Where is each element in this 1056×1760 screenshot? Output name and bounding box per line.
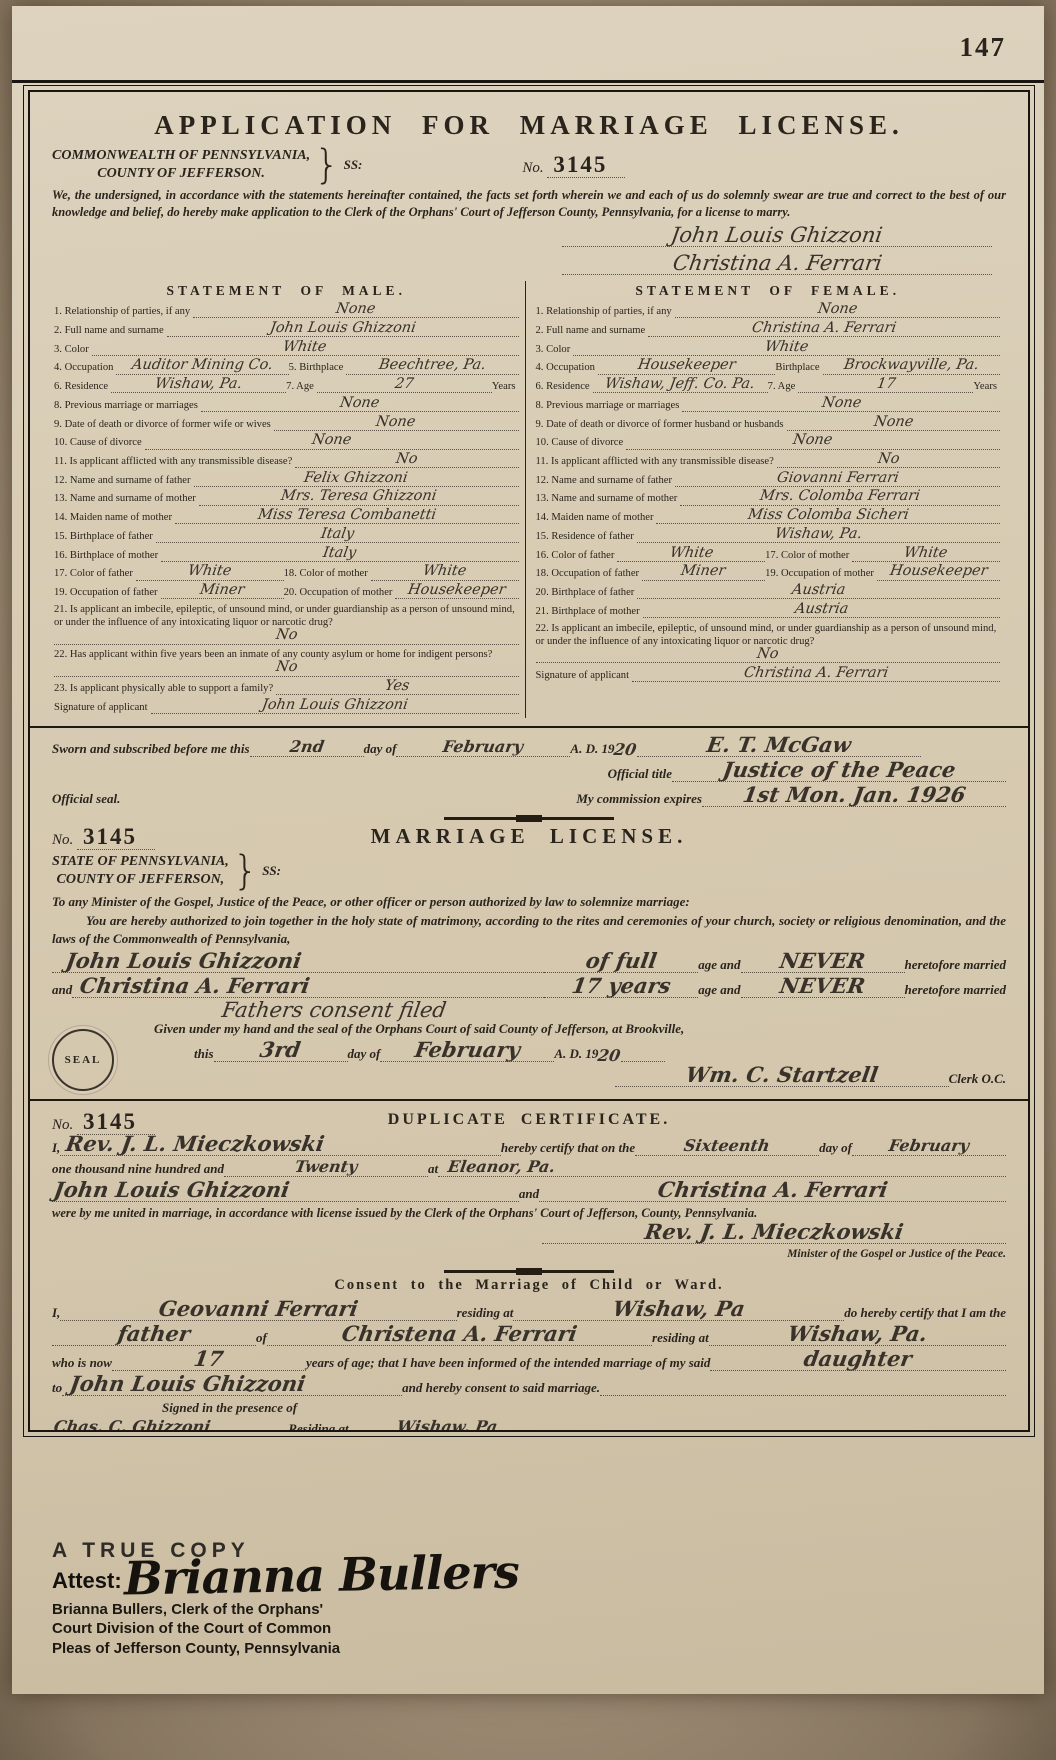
handwritten-value: Wishaw, Pa. xyxy=(154,378,243,390)
statement-row: 17. Color of fatherWhite18. Color of mot… xyxy=(54,565,519,580)
statement-row: 1. Relationship of parties, if anyNone xyxy=(54,303,519,318)
statement-row: 12. Name and surname of fatherFelix Ghiz… xyxy=(54,472,519,487)
license-addressee: To any Minister of the Gospel, Justice o… xyxy=(52,893,1006,911)
field-label: 17. Color of mother xyxy=(765,549,852,562)
marriage-day: Sixteenth xyxy=(683,1139,771,1153)
handwritten-value: Christina A. Ferrari xyxy=(743,667,889,679)
field-value: Auditor Mining Co. xyxy=(116,359,288,374)
at-label: at xyxy=(428,1161,438,1177)
field-value: 27 xyxy=(317,378,492,393)
field-label: 5. Birthplace xyxy=(289,361,347,374)
field-value: White xyxy=(573,341,1000,356)
officer-signature: E. T. McGaw xyxy=(705,736,852,754)
field-label: 3. Color xyxy=(54,343,92,356)
field-label: 18. Color of mother xyxy=(284,567,371,580)
consenter-name: Geovanni Ferrari xyxy=(158,1300,360,1318)
handwritten-value: No xyxy=(756,648,779,660)
field-value: 17 xyxy=(798,378,973,393)
bride-name: Christina A. Ferrari xyxy=(79,977,311,995)
statement-of-female: STATEMENT OF FEMALE. 1. Relationship of … xyxy=(525,281,1007,717)
county-line2: COUNTY OF JEFFERSON, xyxy=(52,871,229,889)
field-value: Austria xyxy=(637,584,1000,599)
field-value: Wishaw, Jeff. Co. Pa. xyxy=(593,378,768,393)
c1-consent: and hereby consent to said marriage. xyxy=(402,1380,600,1396)
top-rule xyxy=(12,80,1044,83)
field-label: Birthplace xyxy=(775,361,822,374)
license-number: 3145 xyxy=(547,152,625,178)
statement-row: 3. ColorWhite xyxy=(54,341,519,356)
field-value: No xyxy=(777,453,1000,468)
document-page: 147 APPLICATION FOR MARRIAGE LICENSE. CO… xyxy=(12,6,1044,1694)
license-no-block: No. 3145 xyxy=(52,824,155,850)
clerk-info-line2: Court Division of the Court of Common xyxy=(52,1619,518,1639)
c1-years: years of age; that I have been informed … xyxy=(306,1355,710,1371)
handwritten-value: Mrs. Colomba Ferrari xyxy=(759,490,921,502)
field-value: White xyxy=(852,547,1000,562)
statement-row: 11. Is applicant afflicted with any tran… xyxy=(54,453,519,468)
field-label: 2. Full name and surname xyxy=(54,324,167,337)
consent1-heading: Consent to the Marriage of Child or Ward… xyxy=(52,1277,1006,1294)
license-day: 3rd xyxy=(259,1041,302,1059)
groom-prev: NEVER xyxy=(779,952,867,970)
handwritten-value: White xyxy=(903,547,948,559)
license-month: February xyxy=(413,1041,521,1059)
attest-label: Attest: xyxy=(52,1568,122,1594)
official-seal-label: Official seal. xyxy=(52,791,120,807)
license-number-block: No. 3145 xyxy=(522,152,625,178)
handwritten-value: 27 xyxy=(394,378,414,390)
statement-row: 22. Is applicant an imbecile, epileptic,… xyxy=(536,622,1001,664)
bride-age: 17 years xyxy=(571,977,672,995)
duplicate-heading: DUPLICATE CERTIFICATE. xyxy=(52,1111,1006,1129)
ad-label: A. D. 19 xyxy=(570,741,614,757)
dup-bride: Christina A. Ferrari xyxy=(656,1181,888,1199)
field-label: 16. Birthplace of mother xyxy=(54,549,161,562)
field-value: None xyxy=(193,303,518,318)
field-value: Italy xyxy=(161,547,518,562)
marriage-month: February xyxy=(888,1139,970,1153)
photo-backdrop: 147 APPLICATION FOR MARRIAGE LICENSE. CO… xyxy=(0,0,1056,1760)
field-label: 15. Birthplace of father xyxy=(54,530,156,543)
field-value: Miner xyxy=(161,584,284,599)
field-value: John Louis Ghizzoni xyxy=(151,699,519,714)
statement-row: Signature of applicantChristina A. Ferra… xyxy=(536,667,1001,682)
statement-row: 21. Is applicant an imbecile, epileptic,… xyxy=(54,603,519,645)
handwritten-value: Austria xyxy=(791,584,846,596)
dup-line2: one thousand nine hundred and Twenty at … xyxy=(52,1160,1006,1177)
statement-row: 10. Cause of divorceNone xyxy=(54,434,519,449)
field-value: Giovanni Ferrari xyxy=(675,472,1000,487)
handwritten-value: None xyxy=(339,397,380,409)
brace-glyph: } xyxy=(314,149,339,181)
field-label: 1. Relationship of parties, if any xyxy=(54,305,193,318)
marriage-year: Twenty xyxy=(294,1160,359,1174)
statement-row: 8. Previous marriage or marriagesNone xyxy=(536,397,1001,412)
handwritten-value: Mrs. Teresa Ghizzoni xyxy=(280,490,437,502)
field-value: Housekeeper xyxy=(877,565,1000,580)
field-label: 10. Cause of divorce xyxy=(536,436,627,449)
and-label: and xyxy=(52,982,72,998)
field-value: White xyxy=(92,341,519,356)
c1-groom: John Louis Ghizzoni xyxy=(69,1375,307,1393)
handwritten-value: Housekeeper xyxy=(637,359,736,371)
handwritten-value: None xyxy=(821,397,862,409)
field-value: No xyxy=(54,629,519,644)
handwritten-value: Italy xyxy=(322,547,357,559)
field-label: 8. Previous marriage or marriages xyxy=(536,399,683,412)
heretofore-label2: heretofore married xyxy=(905,982,1006,998)
handwritten-value: Felix Ghizzoni xyxy=(303,472,408,484)
field-label: 11. Is applicant afflicted with any tran… xyxy=(54,455,295,468)
certify-label: hereby certify that on the xyxy=(501,1140,635,1156)
field-label: 3. Color xyxy=(536,343,574,356)
female-heading: STATEMENT OF FEMALE. xyxy=(536,283,1001,299)
signed-presence-label: Signed in the presence of xyxy=(162,1400,546,1416)
dayof-label3: day of xyxy=(819,1140,852,1156)
jurisdiction-row: COMMONWEALTH OF PENNSYLVANIA, COUNTY OF … xyxy=(52,147,1006,183)
groom-name: John Louis Ghizzoni xyxy=(65,952,303,970)
statements-columns: STATEMENT OF MALE. 1. Relationship of pa… xyxy=(52,281,1006,717)
handwritten-value: Austria xyxy=(794,603,849,615)
age-and-label: age and xyxy=(698,957,740,973)
handwritten-value: Christina A. Ferrari xyxy=(751,322,897,334)
female-signature: Christina A. Ferrari xyxy=(671,255,883,273)
handwritten-value: Housekeeper xyxy=(889,565,988,577)
fathers-consent-note: Fathers consent filed xyxy=(221,1002,448,1020)
license-date-row: this 3rd day of February A. D. 1920 xyxy=(154,1041,1006,1062)
handwritten-value: Giovanni Ferrari xyxy=(776,472,900,484)
section-rule2 xyxy=(30,1099,1028,1101)
handwritten-value: John Louis Ghizzoni xyxy=(269,322,417,334)
field-label: 9. Date of death or divorce of former hu… xyxy=(536,418,787,431)
field-label: 7. Age xyxy=(286,380,317,393)
handwritten-value: No xyxy=(275,629,298,641)
field-value: Housekeeper xyxy=(395,584,518,599)
field-value: Yes xyxy=(276,680,518,695)
field-value: Wishaw, Pa. xyxy=(111,378,286,393)
handwritten-value: Wishaw, Pa. xyxy=(774,528,863,540)
sworn-year: 20 xyxy=(613,743,637,757)
dup-line3: John Louis Ghizzoni and Christina A. Fer… xyxy=(52,1181,1006,1202)
field-value: Austria xyxy=(643,603,1000,618)
field-value: Mrs. Colomba Ferrari xyxy=(680,490,1000,505)
field-value: White xyxy=(617,547,765,562)
statement-row: 12. Name and surname of fatherGiovanni F… xyxy=(536,472,1001,487)
clerk-info-block: Brianna Bullers, Clerk of the Orphans' C… xyxy=(52,1600,518,1659)
county-line: COUNTY OF JEFFERSON. xyxy=(52,165,310,183)
handwritten-value: No xyxy=(395,453,418,465)
field-label: 17. Color of father xyxy=(54,567,136,580)
handwritten-value: White xyxy=(764,341,809,353)
minister-name: Rev. J. L. Mieczkowski xyxy=(65,1135,326,1153)
minister-sig-row: Rev. J. L. Mieczkowski xyxy=(52,1223,1006,1244)
witness1-row: Chas. C. Ghizzoni Residing at Wishaw, Pa xyxy=(52,1420,546,1432)
statement-row: Signature of applicantJohn Louis Ghizzon… xyxy=(54,699,519,714)
witness1-name: Chas. C. Ghizzoni xyxy=(53,1420,212,1432)
field-value: None xyxy=(201,397,519,412)
statement-row: 18. Occupation of fatherMiner19. Occupat… xyxy=(536,565,1001,580)
handwritten-value: No xyxy=(877,453,900,465)
age-and-label2: age and xyxy=(698,982,740,998)
statement-row: 1. Relationship of parties, if anyNone xyxy=(536,303,1001,318)
seal-text: SEAL xyxy=(65,1054,102,1066)
bride-row: and Christina A. Ferrari 17 years age an… xyxy=(52,977,1006,998)
handwritten-value: Italy xyxy=(320,528,355,540)
field-value: Brockwayville, Pa. xyxy=(823,359,1000,374)
jurisdiction-block: COMMONWEALTH OF PENNSYLVANIA, COUNTY OF … xyxy=(52,147,310,183)
field-label: 7. Age xyxy=(768,380,799,393)
heretofore-label: heretofore married xyxy=(905,957,1006,973)
section-rule xyxy=(30,726,1028,728)
ss-label2: SS: xyxy=(262,863,281,879)
clerk-row: Wm. C. Startzell Clerk O.C. xyxy=(154,1066,1006,1087)
field-label: Signature of applicant xyxy=(536,669,633,682)
commission-row: Official seal. My commission expires 1st… xyxy=(52,786,1006,807)
field-label: Signature of applicant xyxy=(54,701,151,714)
statement-row: 2. Full name and surnameChristina A. Fer… xyxy=(536,322,1001,337)
field-value: White xyxy=(371,565,519,580)
field-label: 22. Is applicant an imbecile, epileptic,… xyxy=(536,622,1001,648)
field-value: Miss Teresa Combanetti xyxy=(175,509,519,524)
lic-no: 3145 xyxy=(77,824,155,850)
child-residence: Wishaw, Pa. xyxy=(786,1325,928,1343)
license-year: 20 xyxy=(597,1049,621,1063)
statement-row: 14. Maiden name of motherMiss Teresa Com… xyxy=(54,509,519,524)
commission-label: My commission expires xyxy=(576,791,702,807)
statement-row: 19. Occupation of fatherMiner20. Occupat… xyxy=(54,584,519,599)
commission-value: 1st Mon. Jan. 1926 xyxy=(741,786,966,804)
official-title-label: Official title xyxy=(608,766,672,782)
thousand-label: one thousand nine hundred and xyxy=(52,1161,224,1177)
field-value: Miss Colomba Sicheri xyxy=(656,509,1000,524)
official-title-value: Justice of the Peace xyxy=(721,761,956,779)
field-label: 8. Previous marriage or marriages xyxy=(54,399,201,412)
statement-row: 2. Full name and surnameJohn Louis Ghizz… xyxy=(54,322,519,337)
ornament-rule2 xyxy=(444,1270,614,1273)
statement-row: 23. Is applicant physically able to supp… xyxy=(54,680,519,695)
field-value: Mrs. Teresa Ghizzoni xyxy=(199,490,519,505)
statement-row: 16. Birthplace of motherItaly xyxy=(54,547,519,562)
field-value: John Louis Ghizzoni xyxy=(167,322,519,337)
c1-to: to xyxy=(52,1380,62,1396)
statement-row: 22. Has applicant within five years been… xyxy=(54,648,519,676)
field-label: 19. Occupation of mother xyxy=(765,567,877,580)
i-label: I, xyxy=(52,1140,60,1156)
lic-no-label: No. xyxy=(52,832,73,848)
field-value: Felix Ghizzoni xyxy=(194,472,519,487)
field-value: No xyxy=(536,648,1001,663)
c1-certify: do hereby certify that I am the xyxy=(844,1305,1006,1321)
witness-right: Geovanni Ferrari xyxy=(546,1400,1006,1432)
handwritten-value: None xyxy=(311,434,352,446)
ad-label2: A. D. 19 xyxy=(554,1046,598,1062)
state-line: STATE OF PENNSYLVANIA, xyxy=(52,853,229,871)
field-value: None xyxy=(787,416,1001,431)
statement-row: 15. Residence of fatherWishaw, Pa. xyxy=(536,528,1001,543)
c1-line3: who is now 17 years of age; that I have … xyxy=(52,1350,1006,1371)
brace-glyph2: } xyxy=(233,855,258,887)
statement-row: 21. Birthplace of motherAustria xyxy=(536,603,1001,618)
witness-block: Signed in the presence of Chas. C. Ghizz… xyxy=(52,1400,1006,1432)
dup-line1: I, Rev. J. L. Mieczkowski hereby certify… xyxy=(52,1135,1006,1156)
c1-line1: I, Geovanni Ferrari residing at Wishaw, … xyxy=(52,1300,1006,1321)
handwritten-value: White xyxy=(422,565,467,577)
and-label2: and xyxy=(519,1186,539,1202)
document-frame: APPLICATION FOR MARRIAGE LICENSE. COMMON… xyxy=(28,90,1030,1432)
handwritten-value: Yes xyxy=(384,680,410,692)
field-value: No xyxy=(54,661,519,676)
marriage-license-heading: MARRIAGE LICENSE. xyxy=(52,824,1006,849)
handwritten-value: White xyxy=(187,565,232,577)
field-value: None xyxy=(274,416,519,431)
this-label: this xyxy=(194,1046,214,1062)
license-jurisdiction: STATE OF PENNSYLVANIA, COUNTY OF JEFFERS… xyxy=(52,853,1006,889)
field-value: Christina A. Ferrari xyxy=(632,667,1000,682)
field-value: No xyxy=(295,453,518,468)
handwritten-value: Beechtree, Pa. xyxy=(378,359,487,371)
field-label: 19. Occupation of father xyxy=(54,586,161,599)
statement-row: 8. Previous marriage or marriagesNone xyxy=(54,397,519,412)
document-title: APPLICATION FOR MARRIAGE LICENSE. xyxy=(52,110,1006,141)
c1-resat2: residing at xyxy=(652,1330,709,1346)
field-value: None xyxy=(675,303,1000,318)
field-label: 13. Name and surname of mother xyxy=(536,492,681,505)
field-label: 11. Is applicant afflicted with any tran… xyxy=(536,455,777,468)
handwritten-value: John Louis Ghizzoni xyxy=(261,699,409,711)
consenter-residence: Wishaw, Pa xyxy=(612,1300,747,1318)
clerk-signature: Wm. C. Startzell xyxy=(684,1066,879,1084)
clerk-info-line3: Pleas of Jefferson County, Pennsylvania xyxy=(52,1639,518,1659)
field-label: 21. Birthplace of mother xyxy=(536,605,643,618)
female-items: 1. Relationship of parties, if anyNone2.… xyxy=(536,303,1001,682)
field-value: Italy xyxy=(156,528,519,543)
field-label: 14. Maiden name of mother xyxy=(536,511,657,524)
male-signature: John Louis Ghizzoni xyxy=(670,227,884,245)
field-value: Christina A. Ferrari xyxy=(648,322,1000,337)
sworn-day: 2nd xyxy=(289,740,325,754)
handwritten-value: None xyxy=(335,303,376,315)
c1-line2: father of Christena A. Ferrari residing … xyxy=(52,1325,1006,1346)
field-label: 4. Occupation xyxy=(536,361,598,374)
minister-sig-label: Minister of the Gospel or Justice of the… xyxy=(52,1248,1006,1260)
field-label: 1. Relationship of parties, if any xyxy=(536,305,675,318)
field-label: 21. Is applicant an imbecile, epileptic,… xyxy=(54,603,519,629)
clerk-attest-signature: Brianna Bullers xyxy=(123,1553,518,1597)
page-number: 147 xyxy=(960,32,1007,63)
handwritten-value: Miss Teresa Combanetti xyxy=(257,509,437,521)
dayof-label: day of xyxy=(364,741,397,757)
field-value: Wishaw, Pa. xyxy=(637,528,1000,543)
field-label: 18. Occupation of father xyxy=(536,567,643,580)
statement-row: 3. ColorWhite xyxy=(536,341,1001,356)
field-value: None xyxy=(682,397,1000,412)
handwritten-value: White xyxy=(669,547,714,559)
field-label: 15. Residence of father xyxy=(536,530,637,543)
field-label: 4. Occupation xyxy=(54,361,116,374)
ornament-rule xyxy=(444,817,614,820)
state-block: STATE OF PENNSYLVANIA, COUNTY OF JEFFERS… xyxy=(52,853,229,889)
marriage-place: Eleanor, Pa. xyxy=(447,1160,556,1174)
field-label: Years xyxy=(973,380,1000,393)
sworn-row: Sworn and subscribed before me this 2nd … xyxy=(52,736,1006,757)
handwritten-value: None xyxy=(792,434,833,446)
groom-row: John Louis Ghizzoni of full age and NEVE… xyxy=(52,952,1006,973)
statement-row: 10. Cause of divorceNone xyxy=(536,434,1001,449)
handwritten-value: None xyxy=(873,416,914,428)
relationship-value: father xyxy=(117,1325,192,1343)
witness1-residence: Wishaw, Pa xyxy=(396,1420,499,1432)
handwritten-value: Miner xyxy=(199,584,245,596)
c1-line4: to John Louis Ghizzoni and hereby consen… xyxy=(52,1375,1006,1396)
handwritten-value: Miss Colomba Sicheri xyxy=(747,509,910,521)
dayof-label2: day of xyxy=(348,1046,381,1062)
bride-prev: NEVER xyxy=(779,977,867,995)
ss-label: SS: xyxy=(344,157,363,173)
handwritten-value: Brockwayville, Pa. xyxy=(843,359,980,371)
field-label: 6. Residence xyxy=(54,380,111,393)
handwritten-value: White xyxy=(282,341,327,353)
statement-row: 14. Maiden name of motherMiss Colomba Si… xyxy=(536,509,1001,524)
handwritten-value: Auditor Mining Co. xyxy=(131,359,274,371)
field-value: None xyxy=(626,434,1000,449)
license-authorization: You are hereby authorized to join togeth… xyxy=(52,912,1006,947)
male-heading: STATEMENT OF MALE. xyxy=(54,283,519,299)
consent-note-row: Fathers consent filed xyxy=(222,1002,1006,1020)
field-value: Housekeeper xyxy=(598,359,775,374)
field-label: Years xyxy=(492,380,519,393)
field-label: 6. Residence xyxy=(536,380,593,393)
commonwealth-line: COMMONWEALTH OF PENNSYLVANIA, xyxy=(52,147,310,165)
field-label: 20. Occupation of mother xyxy=(284,586,396,599)
sworn-month: February xyxy=(442,740,524,754)
statement-row: 15. Birthplace of fatherItaly xyxy=(54,528,519,543)
application-preamble: We, the undersigned, in accordance with … xyxy=(52,187,1006,221)
field-label: 14. Maiden name of mother xyxy=(54,511,175,524)
handwritten-value: Housekeeper xyxy=(407,584,506,596)
statement-row: 6. ResidenceWishaw, Pa.7. Age27Years xyxy=(54,378,519,393)
statement-row: 13. Name and surname of motherMrs. Colom… xyxy=(536,490,1001,505)
field-value: Miner xyxy=(642,565,765,580)
field-label: 2. Full name and surname xyxy=(536,324,649,337)
statement-row: 4. OccupationHousekeeperBirthplaceBrockw… xyxy=(536,359,1001,374)
statement-row: 16. Color of fatherWhite17. Color of mot… xyxy=(536,547,1001,562)
c1-resat: residing at xyxy=(457,1305,514,1321)
field-label: 22. Has applicant within five years been… xyxy=(54,648,495,661)
statement-row: 9. Date of death or divorce of former hu… xyxy=(536,416,1001,431)
c1-i: I, xyxy=(52,1305,60,1321)
statement-row: 4. OccupationAuditor Mining Co.5. Birthp… xyxy=(54,359,519,374)
c1-of: of xyxy=(256,1330,267,1346)
handwritten-value: None xyxy=(817,303,858,315)
child-age: 17 xyxy=(193,1350,225,1368)
statement-row: 6. ResidenceWishaw, Jeff. Co. Pa.7. Age1… xyxy=(536,378,1001,393)
clerk-label: Clerk O.C. xyxy=(949,1071,1006,1087)
residing-label1: Residing at xyxy=(288,1421,348,1432)
official-title-row: Official title Justice of the Peace xyxy=(52,761,1006,782)
statement-row: 20. Birthplace of fatherAustria xyxy=(536,584,1001,599)
handwritten-value: No xyxy=(275,661,298,673)
field-label: 16. Color of father xyxy=(536,549,618,562)
sworn-label: Sworn and subscribed before me this xyxy=(52,741,250,757)
handwritten-value: Wishaw, Jeff. Co. Pa. xyxy=(604,378,756,390)
field-label: 10. Cause of divorce xyxy=(54,436,145,449)
field-label: 20. Birthplace of father xyxy=(536,586,638,599)
statement-row: 9. Date of death or divorce of former wi… xyxy=(54,416,519,431)
relation2-value: daughter xyxy=(803,1350,913,1368)
seal-icon: SEAL xyxy=(52,1029,114,1091)
field-label: 13. Name and surname of mother xyxy=(54,492,199,505)
given-row: SEAL Given under my hand and the seal of… xyxy=(52,1021,1006,1091)
